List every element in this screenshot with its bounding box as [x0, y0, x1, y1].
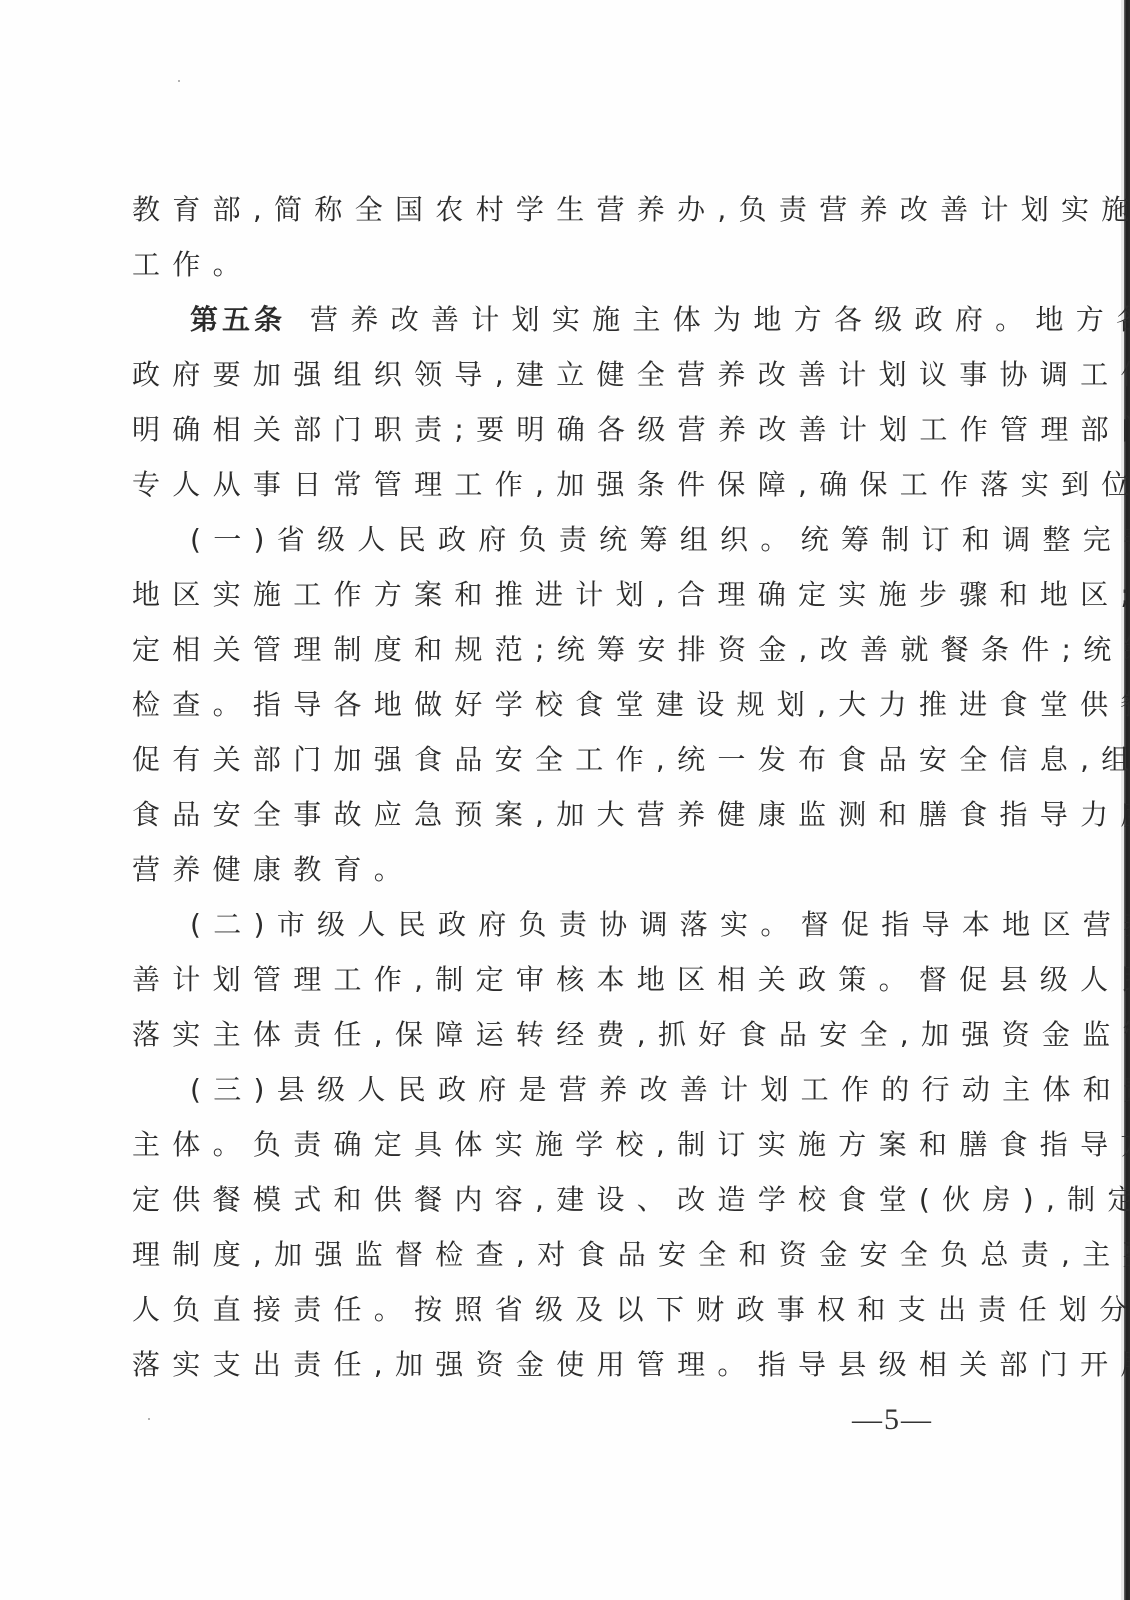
- text-line: 善计划管理工作,制定审核本地区相关政策。督促县级人民政府: [132, 957, 952, 1012]
- text-line: 理制度,加强监督检查,对食品安全和资金安全负总责,主要负责: [132, 1232, 952, 1287]
- article-five-line: 第五条营养改善计划实施主体为地方各级政府。地方各级: [132, 297, 952, 352]
- text-line: 营养健康教育。: [132, 847, 952, 902]
- document-body: 教育部,简称全国农村学生营养办,负责营养改善计划实施的日常 工作。 第五条营养改…: [132, 187, 952, 1397]
- text-line: 主体。负责确定具体实施学校,制订实施方案和膳食指导方案,确: [132, 1122, 952, 1177]
- text-line: 明确相关部门职责;要明确各级营养改善计划工作管理部门,安排: [132, 407, 952, 462]
- text-line: 专人从事日常管理工作,加强条件保障,确保工作落实到位。: [132, 462, 952, 517]
- text-line: 促有关部门加强食品安全工作,统一发布食品安全信息,组织制订: [132, 737, 952, 792]
- text-line: 定供餐模式和供餐内容,建设、改造学校食堂(伙房),制定工作管: [132, 1177, 952, 1232]
- clause-three-line: (三)县级人民政府是营养改善计划工作的行动主体和责任: [132, 1067, 952, 1122]
- text-line: 人负直接责任。按照省级及以下财政事权和支出责任划分要求,: [132, 1287, 952, 1342]
- scan-speck: [148, 1418, 150, 1420]
- scan-speck: [178, 80, 180, 82]
- text-line: 政府要加强组织领导,建立健全营养改善计划议事协调工作机制,: [132, 352, 952, 407]
- text-line: 教育部,简称全国农村学生营养办,负责营养改善计划实施的日常: [132, 187, 952, 242]
- text-line: 落实支出责任,加强资金使用管理。指导县级相关部门开展营养: [132, 1342, 952, 1397]
- article-text: 营养改善计划实施主体为地方各级政府。地方各级: [310, 303, 1130, 336]
- text-line: 食品安全事故应急预案,加大营养健康监测和膳食指导力度,加强: [132, 792, 952, 847]
- article-heading: 第五条: [190, 303, 286, 336]
- text-line: 定相关管理制度和规范;统筹安排资金,改善就餐条件;统筹监督: [132, 627, 952, 682]
- text-line: 落实主体责任,保障运转经费,抓好食品安全,加强资金监管。: [132, 1012, 952, 1067]
- clause-two-line: (二)市级人民政府负责协调落实。督促指导本地区营养改: [132, 902, 952, 957]
- page-number: —5—: [852, 1403, 933, 1437]
- text-line: 工作。: [132, 242, 952, 297]
- text-line: 地区实施工作方案和推进计划,合理确定实施步骤和地区;统筹制: [132, 572, 952, 627]
- clause-one-line: (一)省级人民政府负责统筹组织。统筹制订和调整完善本: [132, 517, 952, 572]
- text-line: 检查。指导各地做好学校食堂建设规划,大力推进食堂供餐。督: [132, 682, 952, 737]
- document-page: 教育部,简称全国农村学生营养办,负责营养改善计划实施的日常 工作。 第五条营养改…: [0, 0, 1130, 1600]
